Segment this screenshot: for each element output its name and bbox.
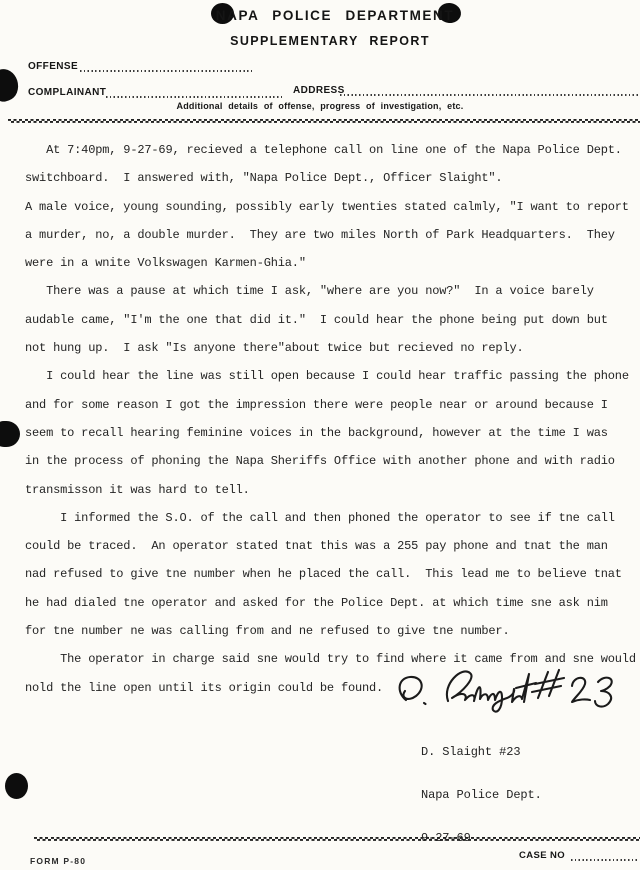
supplementary-report-page: NAPA POLICE DEPARTMENT SUPPLEMENTARY REP… — [0, 0, 640, 870]
typed-signature-block: D. Slaight #23 Napa Police Dept. 9-27-69 — [421, 716, 542, 870]
department-title: NAPA POLICE DEPARTMENT — [15, 8, 640, 23]
ink-blob-icon — [0, 421, 20, 447]
case-number-field-blank — [571, 859, 637, 861]
report-paragraph: I could hear the line was still open bec… — [25, 362, 637, 503]
report-narrative: At 7:40pm, 9-27-69, recieved a telephone… — [25, 136, 637, 702]
typed-signature-name: D. Slaight #23 — [421, 745, 542, 759]
offense-field-blank — [80, 70, 252, 72]
footer-divider-rule — [34, 837, 640, 842]
report-subtitle: SUPPLEMENTARY REPORT — [10, 34, 640, 48]
complainant-label: COMPLAINANT — [28, 87, 106, 98]
report-paragraph: I informed the S.O. of the call and then… — [25, 504, 637, 645]
form-number: FORM P-80 — [30, 856, 86, 866]
complainant-field-blank — [106, 96, 282, 98]
report-paragraph: At 7:40pm, 9-27-69, recieved a telephone… — [25, 136, 637, 277]
offense-label: OFFENSE — [28, 61, 78, 72]
typed-signature-dept: Napa Police Dept. — [421, 788, 542, 802]
case-number-label: CASE NO — [519, 850, 565, 861]
section-caption: Additional details of offense, progress … — [0, 101, 640, 111]
report-paragraph: There was a pause at which time I ask, "… — [25, 277, 637, 362]
ink-blob-icon — [5, 773, 28, 799]
address-field-blank — [340, 94, 640, 96]
address-label: ADDRESS — [293, 85, 345, 96]
ink-blob-icon — [0, 66, 22, 105]
handwritten-signature — [388, 658, 638, 720]
header-divider-rule — [8, 119, 640, 124]
